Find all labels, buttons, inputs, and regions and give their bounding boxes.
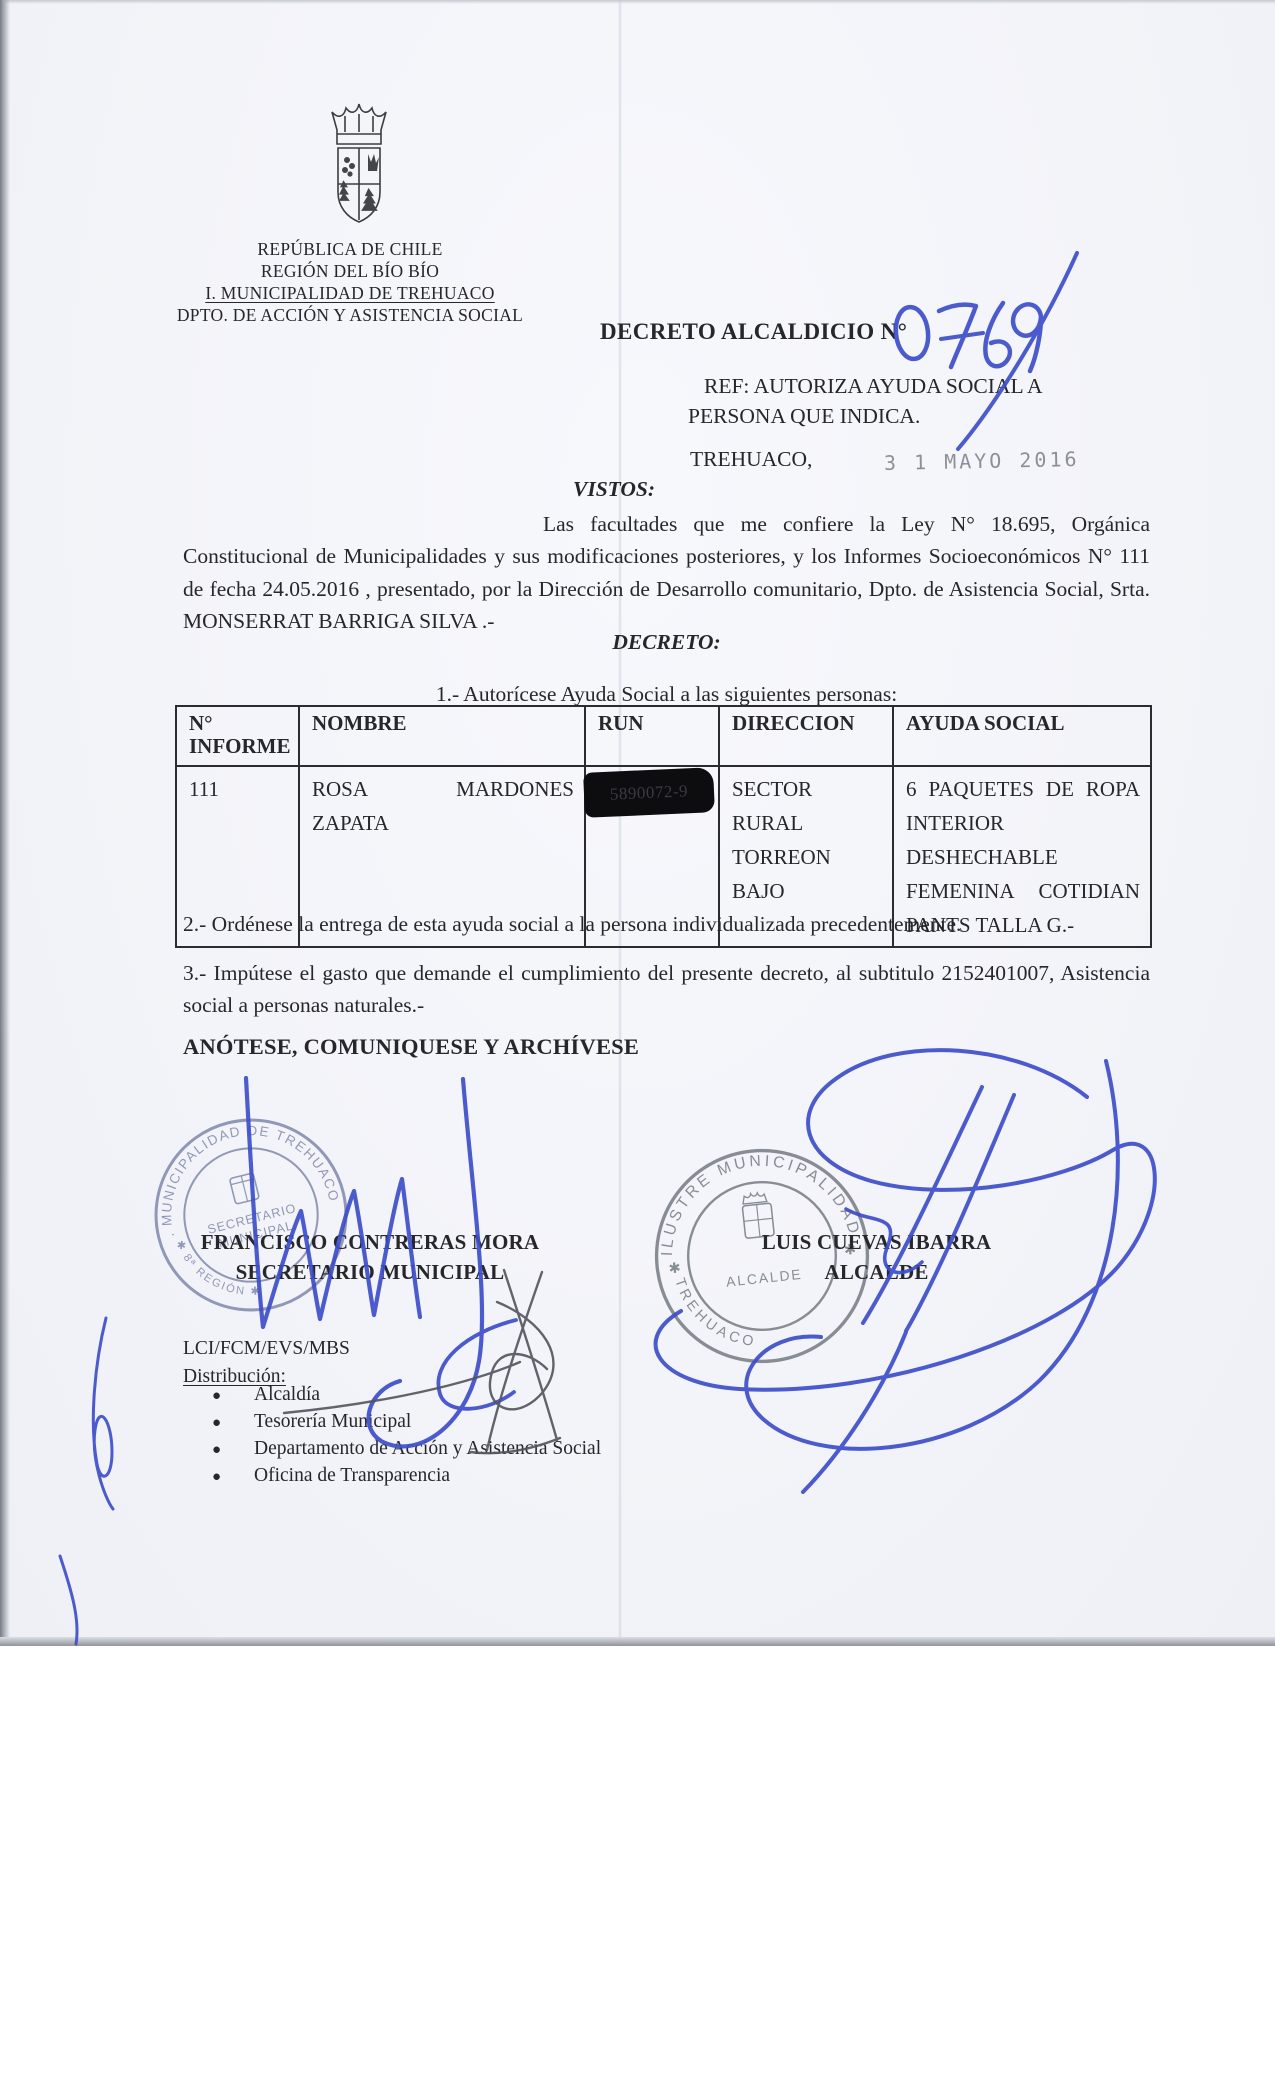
letterhead-country: REPÚBLICA DE CHILE	[148, 238, 552, 260]
ref-line-1: REF: AUTORIZA AYUDA SOCIAL A	[704, 374, 1043, 399]
distribution-item: Alcaldía	[254, 1384, 320, 1406]
direccion-line: BAJO	[732, 874, 882, 908]
distribution-item: Oficina de Transparencia	[254, 1465, 450, 1487]
scan-edge-left	[0, 0, 10, 1646]
bullet-icon: ●	[212, 1388, 222, 1405]
decree-title: DECRETO ALCALDICIO N°	[600, 319, 907, 345]
document-scan: REPÚBLICA DE CHILE REGIÓN DEL BÍO BÍO I.…	[0, 0, 1275, 2100]
signature-block-secretario: FRANCISCO CONTRERAS MORA SECRETARIO MUNI…	[170, 1227, 570, 1287]
decreto-label: DECRETO:	[183, 630, 1150, 655]
bullet-icon: ●	[212, 1442, 222, 1459]
ref-line-2: PERSONA QUE INDICA.	[688, 404, 920, 429]
col-header-direccion: DIRECCION	[720, 707, 894, 765]
distribution-item: Departamento de Acción y Asistencia Soci…	[254, 1438, 601, 1460]
list-item: ● Departamento de Acción y Asistencia So…	[212, 1438, 601, 1465]
col-header-nombre: NOMBRE	[300, 707, 586, 765]
vistos-paragraph: Las facultades que me confiere la Ley N°…	[183, 508, 1150, 638]
signature-block-alcalde: LUIS CUEVAS IBARRA ALCALDE	[724, 1227, 1029, 1287]
scan-edge-top	[0, 0, 1275, 4]
bullet-icon: ●	[212, 1469, 222, 1486]
col-header-run: RUN	[586, 707, 720, 765]
list-item: ● Alcaldía	[212, 1384, 601, 1411]
redaction-box: 5890072-9	[583, 767, 715, 818]
alcalde-name: LUIS CUEVAS IBARRA	[724, 1227, 1029, 1257]
vistos-label: VISTOS:	[573, 477, 655, 502]
letterhead: REPÚBLICA DE CHILE REGIÓN DEL BÍO BÍO I.…	[148, 238, 552, 326]
alcalde-title: ALCALDE	[724, 1257, 1029, 1287]
stamp-right-asterisk-left: ✱	[668, 1260, 682, 1277]
secretario-title: SECRETARIO MUNICIPAL	[170, 1257, 570, 1287]
letterhead-department: DPTO. DE ACCIÓN Y ASISTENCIA SOCIAL	[148, 304, 552, 326]
letterhead-region: REGIÓN DEL BÍO BÍO	[148, 260, 552, 282]
col-header-informe: N° INFORME	[177, 707, 300, 765]
letterhead-municipality: I. MUNICIPALIDAD DE TREHUACO	[148, 282, 552, 304]
coat-of-arms-icon	[328, 94, 390, 236]
nombre-last2: ZAPATA	[312, 806, 574, 840]
direccion-line: TORREON	[732, 840, 882, 874]
initials-line: LCI/FCM/EVS/MBS	[183, 1338, 350, 1360]
direccion-line: RURAL	[732, 806, 882, 840]
col-header-ayuda: AYUDA SOCIAL	[894, 707, 1150, 765]
date-stamp: 3 1 MAYO 2016	[884, 447, 1080, 475]
secretario-name: FRANCISCO CONTRERAS MORA	[170, 1227, 570, 1257]
closing-line: ANÓTESE, COMUNIQUESE Y ARCHÍVESE	[183, 1034, 639, 1060]
direccion-line: SECTOR	[732, 772, 882, 806]
list-item: ● Tesorería Municipal	[212, 1411, 601, 1438]
nombre-last1: MARDONES	[456, 772, 574, 806]
distribution-item: Tesorería Municipal	[254, 1411, 411, 1433]
scan-edge-bottom	[0, 1637, 1275, 1646]
table-header-row: N° INFORME NOMBRE RUN DIRECCION AYUDA SO…	[177, 707, 1150, 767]
bullet-icon: ●	[212, 1415, 222, 1432]
decree-item-2: 2.- Ordénese la entrega de esta ayuda so…	[183, 912, 1173, 937]
distribution-list: ● Alcaldía ● Tesorería Municipal ● Depar…	[212, 1384, 601, 1492]
place-line: TREHUACO,	[690, 447, 812, 472]
decree-item-3: 3.- Impútese el gasto que demande el cum…	[183, 957, 1150, 1021]
nombre-first: ROSA	[312, 772, 368, 806]
list-item: ● Oficina de Transparencia	[212, 1465, 601, 1492]
decree-item-1: 1.- Autorícese Ayuda Social a las siguie…	[183, 682, 1150, 707]
